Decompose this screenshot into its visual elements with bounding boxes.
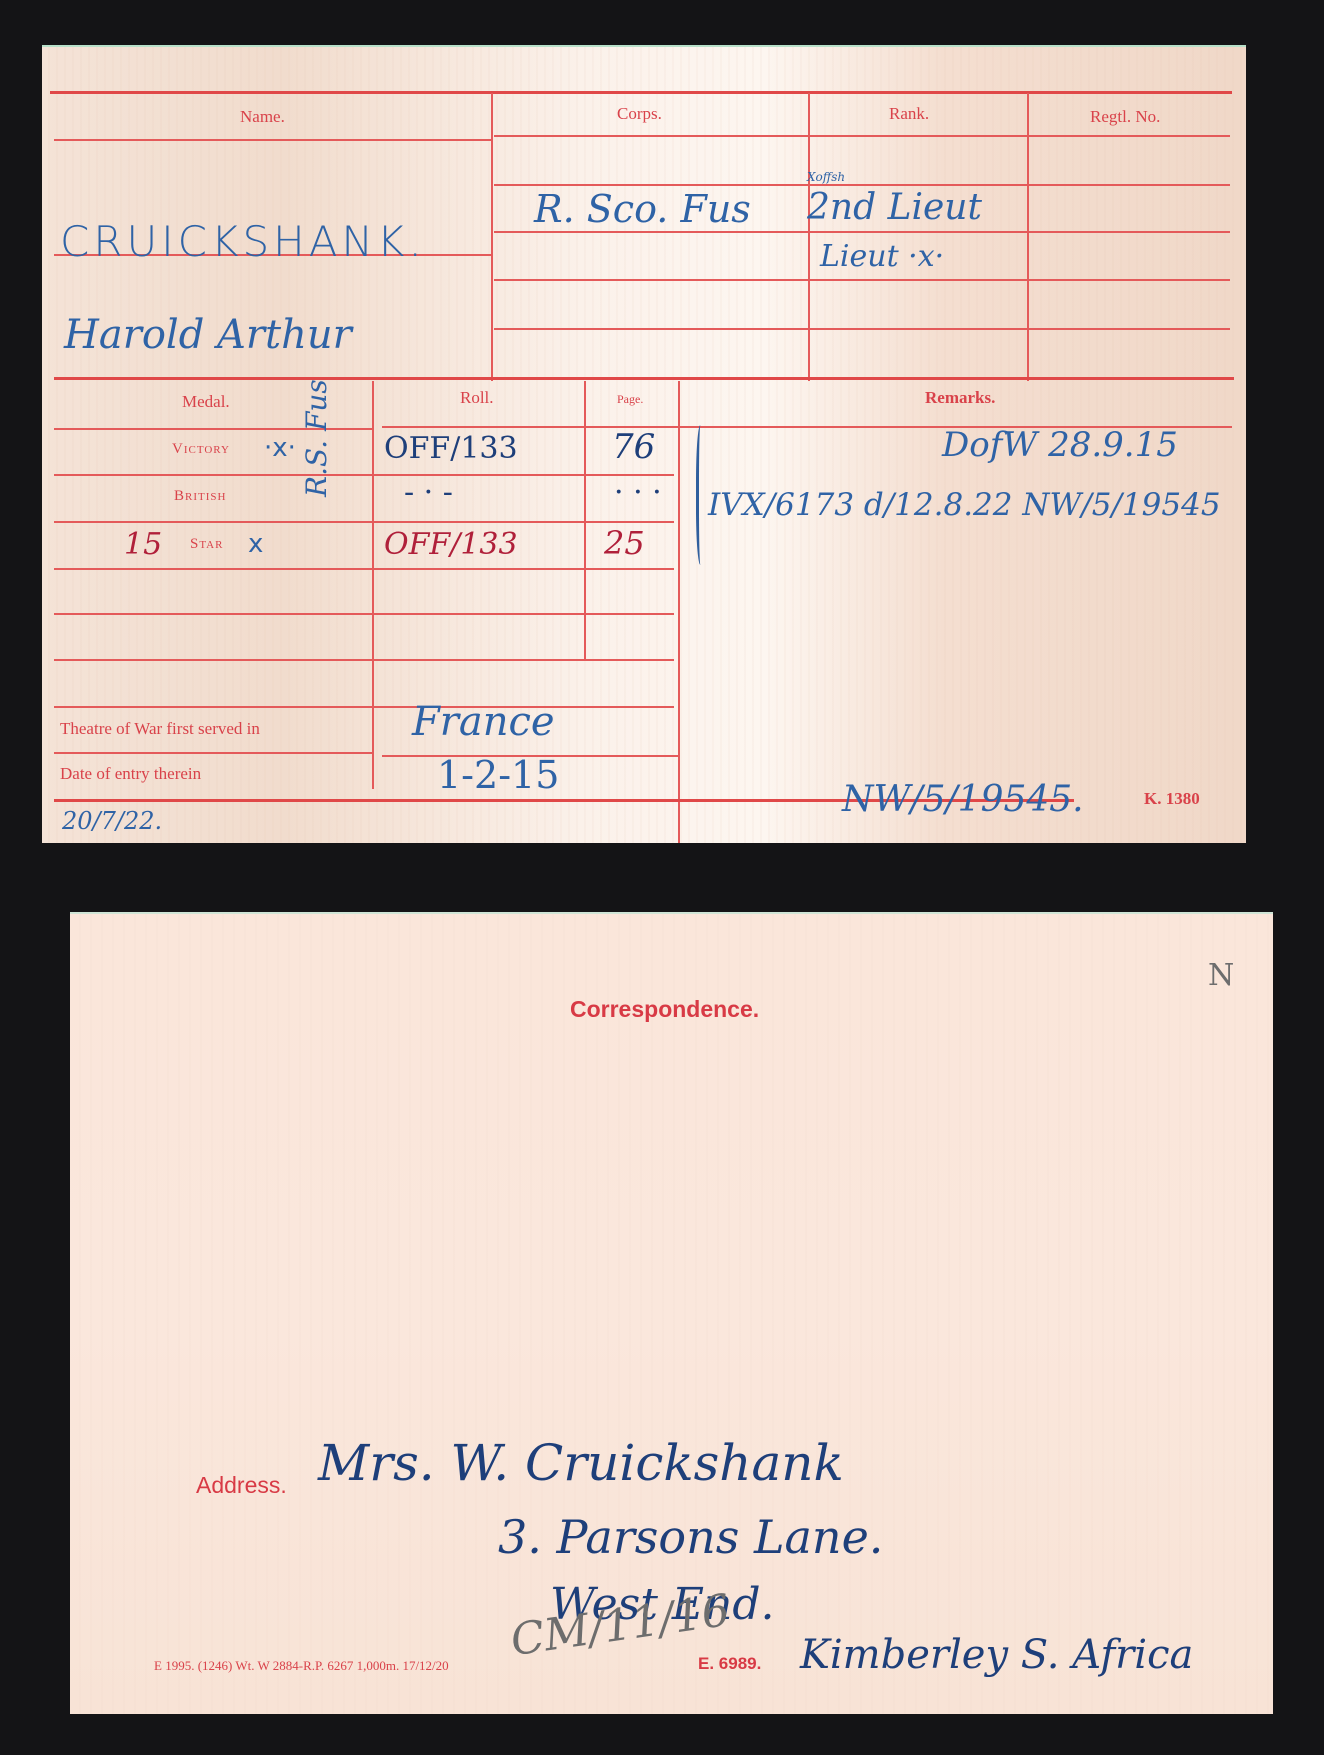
forenames: Harold Arthur [64, 312, 352, 358]
divider-medal-roll [372, 381, 374, 789]
rule [494, 184, 1230, 186]
rule [54, 521, 674, 523]
medal-mark: ·x· [264, 433, 296, 463]
rule [494, 135, 1230, 137]
address-line: Kimberley S. Africa [800, 1632, 1193, 1678]
surname: CRUICKSHANK. [60, 217, 426, 266]
header-remarks: Remarks. [925, 388, 995, 408]
header-roll: Roll. [460, 388, 494, 408]
page-value: 76 [612, 427, 655, 467]
header-page: Page. [617, 392, 643, 407]
medal-index-card-back: Correspondence. N Address. Mrs. W. Cruic… [70, 912, 1273, 1714]
address-label: Address. [196, 1472, 287, 1499]
date-value: 1-2-15 [437, 753, 559, 797]
header-name: Name. [240, 107, 285, 127]
date-label: Date of entry therein [60, 764, 201, 784]
divider-name-corps [491, 93, 493, 381]
rule [54, 474, 674, 476]
medal-name: Victory [172, 441, 230, 458]
table-top-rule [50, 91, 1232, 94]
bottom-reference: NW/5/19545. [842, 779, 1084, 820]
medal-prefix: 15 [124, 527, 162, 562]
corps-value: R. Sco. Fus [534, 187, 751, 231]
medal-index-card-front: Name. Corps. Rank. Regtl. No. CRUICKSHAN… [42, 45, 1246, 843]
rule [54, 568, 674, 570]
medal-name: Star [190, 536, 223, 553]
regiment-side-note: R.S. Fus [300, 379, 333, 497]
page-value: 25 [604, 524, 645, 562]
theatre-label: Theatre of War first served in [60, 719, 260, 739]
form-number: K. 1380 [1144, 789, 1200, 809]
rank-value-1: 2nd Lieut [807, 187, 982, 228]
rule [54, 706, 674, 708]
address-line: 3. Parsons Lane. [498, 1510, 883, 1564]
rule [54, 752, 374, 754]
printer-line: E 1995. (1246) Wt. W 2884-R.P. 6267 1,00… [154, 1658, 449, 1674]
rank-value-2: Lieut ·x· [820, 239, 944, 274]
medal-name: British [174, 488, 226, 505]
rank-superscript: Xoffsh [807, 170, 845, 184]
divider-page-remarks [678, 381, 680, 843]
header-rank: Rank. [889, 104, 929, 124]
section-rule [54, 377, 1234, 380]
medal-mark: x [248, 529, 263, 559]
remarks-line-1: DofW 28.9.15 [942, 425, 1178, 465]
rule [494, 328, 1230, 330]
correspondence-title: Correspondence. [570, 996, 759, 1023]
theatre-value: France [412, 699, 555, 745]
rule [494, 279, 1230, 281]
header-corps: Corps. [617, 104, 662, 124]
roll-value: OFF/133 [384, 431, 518, 466]
bottom-left-note: 20/7/22. [62, 807, 162, 835]
rule [54, 613, 674, 615]
header-regt-no: Regtl. No. [1090, 107, 1160, 127]
address-line: Mrs. W. Cruickshank [318, 1434, 844, 1492]
remarks-line-2: IVX/6173 d/12.8.22 NW/5/19545 [708, 487, 1221, 523]
page-value: · · · [614, 475, 662, 510]
remarks-bracket [696, 425, 707, 565]
header-medal: Medal. [182, 392, 230, 412]
roll-value: - · - [404, 475, 453, 510]
form-code: E. 6989. [698, 1654, 761, 1674]
rule [54, 659, 674, 661]
rule [494, 231, 1230, 233]
rule [54, 139, 491, 141]
corner-mark: N [1208, 958, 1234, 993]
roll-value: OFF/133 [384, 527, 518, 562]
